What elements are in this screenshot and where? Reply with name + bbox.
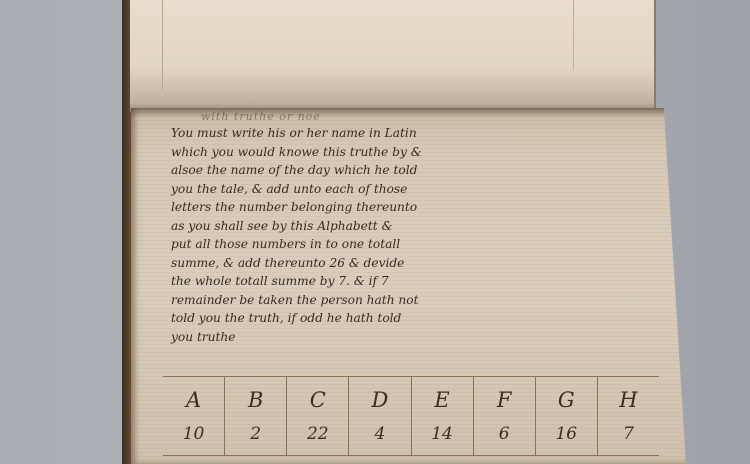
handwritten-text: You must write his or her name in Latin …: [171, 124, 691, 346]
table-cell: C 22: [287, 377, 349, 455]
table-cell: D 4: [349, 377, 411, 455]
table-cell: F 6: [474, 377, 536, 455]
manuscript-photo: with truthe or noe You must write his or…: [0, 0, 750, 464]
table-value: 22: [307, 424, 329, 444]
table-letter: G: [558, 388, 575, 412]
text-line: put all those numbers in to one totall: [171, 235, 691, 254]
table-cell: G 16: [536, 377, 598, 455]
table-letter: A: [186, 388, 201, 412]
table-value: 6: [499, 424, 510, 444]
letter-number-table: A 10 B 2 C 22 D 4 E 14 F 6: [163, 376, 659, 456]
table-cell: E 14: [412, 377, 474, 455]
table-letter: B: [248, 388, 263, 412]
table-cell: B 2: [225, 377, 287, 455]
text-line: letters the number belonging thereunto: [171, 198, 691, 217]
text-line: summe, & add thereunto 26 & devide: [171, 254, 691, 273]
table-letter: H: [619, 388, 637, 412]
table-value: 14: [431, 424, 453, 444]
text-line: as you shall see by this Alphabett &: [171, 217, 691, 236]
table-value: 2: [250, 424, 261, 444]
text-line: you truthe: [171, 328, 691, 347]
table-letter: C: [310, 388, 326, 412]
table-value: 10: [183, 424, 205, 444]
table-letter: E: [434, 388, 449, 412]
table-letter: F: [497, 388, 512, 412]
upper-page: [130, 0, 656, 112]
text-line: you the tale, & add unto each of those: [171, 180, 691, 199]
table-letter: D: [372, 388, 389, 412]
text-line: You must write his or her name in Latin: [171, 124, 691, 143]
text-line: alsoe the name of the day which he told: [171, 161, 691, 180]
text-line: remainder be taken the person hath not: [171, 291, 691, 310]
text-line: told you the truth, if odd he hath told: [171, 309, 691, 328]
text-line: the whole totall summe by 7. & if 7: [171, 272, 691, 291]
margin-rule: [573, 0, 574, 70]
margin-rule: [162, 0, 163, 90]
table-cell: H 7: [598, 377, 659, 455]
main-page: with truthe or noe You must write his or…: [131, 108, 686, 464]
text-line: which you would knowe this truthe by &: [171, 143, 691, 162]
table-value: 4: [375, 424, 386, 444]
page-header-text: with truthe or noe: [201, 110, 521, 123]
table-cell: A 10: [163, 377, 225, 455]
table-value: 7: [623, 424, 634, 444]
table-value: 16: [555, 424, 577, 444]
